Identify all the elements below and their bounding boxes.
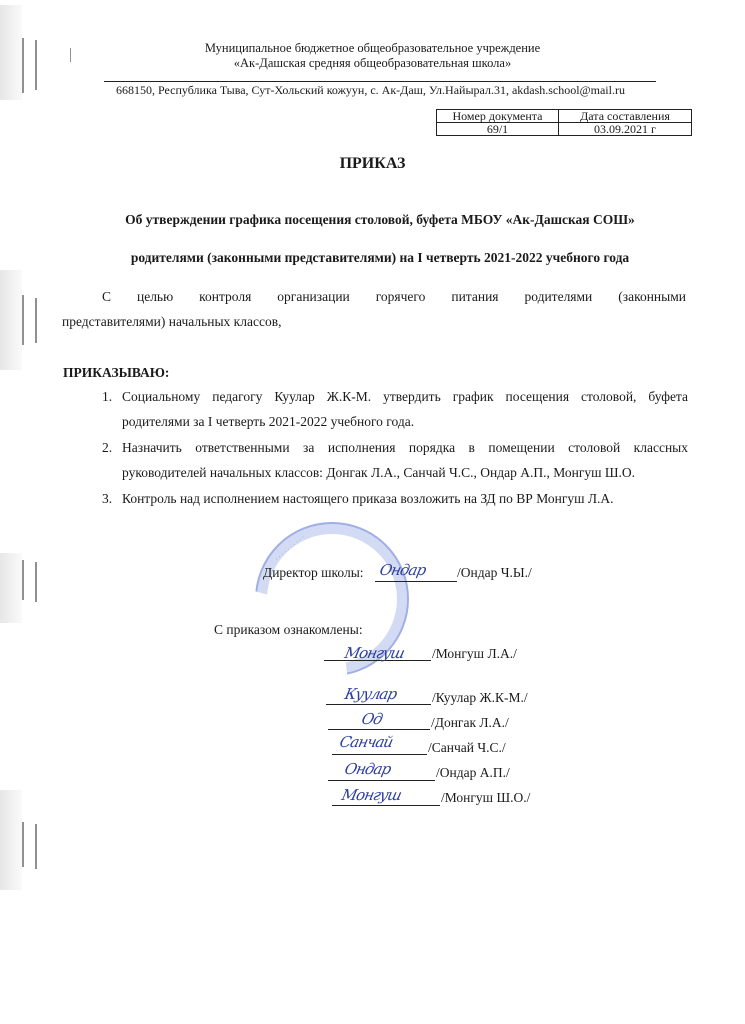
signatory-name: /Монгуш Ш.О./: [441, 790, 530, 806]
organization-name-line1: Муниципальное бюджетное общеобразователь…: [0, 40, 745, 56]
document-title: ПРИКАЗ: [0, 155, 745, 173]
item-number: 2.: [102, 440, 112, 456]
signatory-name: /Куулар Ж.К-М./: [432, 690, 528, 706]
item-text-line1: Назначить ответственными за исполнения п…: [122, 440, 688, 456]
signatory-name: /Ондар А.П./: [436, 765, 510, 781]
item-text-line2: родителями за I четверть 2021-2022 учебн…: [122, 414, 414, 430]
document-subtitle-line2: родителями (законными представителями) н…: [0, 250, 745, 266]
item-number: 1.: [102, 389, 112, 405]
signature-line: [328, 729, 430, 730]
document-info-table: Номер документа Дата составления 69/1 03…: [436, 109, 692, 136]
signature: Монгуш: [340, 786, 403, 804]
signature-line: [328, 780, 435, 781]
signature: Монгуш: [343, 644, 406, 662]
organization-name-line2: «Ак-Дашская средняя общеобразовательная …: [0, 55, 745, 71]
item-text-line2: руководителей начальных классов: Донгак …: [122, 465, 635, 481]
signature-line: [332, 805, 440, 806]
signature-line: [332, 754, 427, 755]
item-text-line1: Социальному педагогу Куулар Ж.К-М. утвер…: [122, 389, 688, 405]
signature: Куулар: [343, 685, 398, 703]
doc-date-value: 03.09.2021 г: [559, 123, 692, 136]
signature-line: [326, 704, 431, 705]
table-row: 69/1 03.09.2021 г: [437, 123, 692, 136]
header-divider: [104, 81, 656, 82]
item-text-line1: Контроль над исполнением настоящего прик…: [122, 491, 614, 507]
director-label: Директор школы:: [263, 565, 364, 581]
signature: Санчай: [338, 733, 394, 751]
table-header-row: Номер документа Дата составления: [437, 110, 692, 123]
signature: Ондар: [343, 760, 392, 778]
organization-address: 668150, Республика Тыва, Сут-Хольский ко…: [116, 83, 625, 98]
preamble-line1: С целью контроля организации горячего пи…: [102, 289, 686, 305]
item-number: 3.: [102, 491, 112, 507]
signatory-name: /Санчай Ч.С./: [428, 740, 506, 756]
signature: Од: [360, 710, 384, 728]
director-name: /Ондар Ч.Ы./: [457, 565, 532, 581]
doc-number-header: Номер документа: [437, 110, 559, 123]
order-heading: ПРИКАЗЫВАЮ:: [63, 365, 169, 381]
preamble-line2: представителями) начальных классов,: [62, 314, 281, 330]
doc-date-header: Дата составления: [559, 110, 692, 123]
signatory-name: /Донгак Л.А./: [431, 715, 509, 731]
signatory-name: /Монгуш Л.А./: [432, 646, 517, 662]
director-signature-line: [375, 581, 457, 582]
document-subtitle-line1: Об утверждении графика посещения столово…: [0, 212, 745, 228]
acquainted-label: С приказом ознакомлены:: [214, 622, 363, 638]
doc-number-value: 69/1: [437, 123, 559, 136]
director-signature: Ондар: [378, 561, 427, 579]
